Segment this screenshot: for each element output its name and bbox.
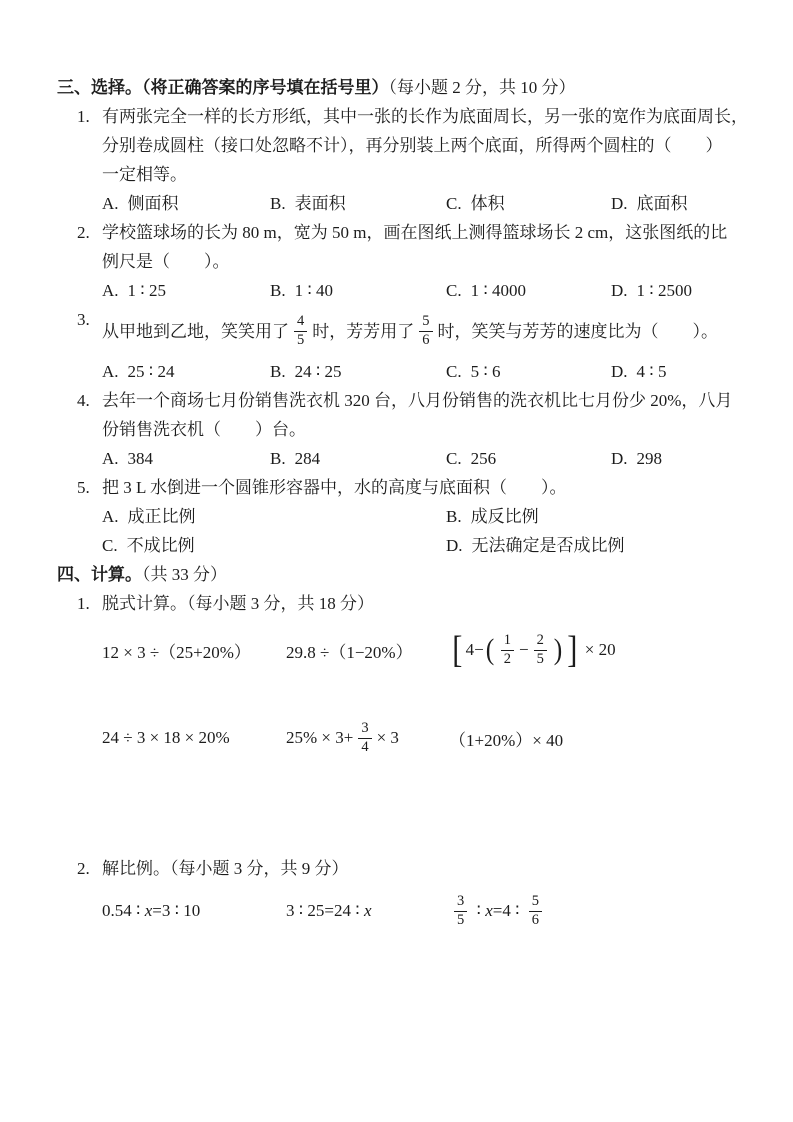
section3-score-note: （每小题 2 分，共 10 分） (389, 78, 576, 97)
choice-problem: 2.学校篮球场的长为 80 m，宽为 50 m，画在图纸上测得篮球场长 2 cm… (57, 218, 753, 305)
text-segment: 去年一个商场七月份销售洗衣机 320 台，八月份销售的洗衣机比七月份少 20%，… (102, 391, 732, 410)
problem-number: 1. (77, 102, 102, 131)
problem-text-line: 份销售洗衣机（ ）台。 (102, 415, 753, 444)
fraction-numerator: 3 (358, 720, 371, 738)
choice-problem: 1.有两张完全一样的长方形纸，其中一张的长作为底面周长，另一张的宽作为底面周长，… (57, 102, 753, 218)
fraction-denominator: 4 (358, 739, 371, 756)
problem-body: 把 3 L 水倒进一个圆锥形容器中，水的高度与底面积（ ）。A.成正比例B.成反… (102, 473, 753, 560)
option-item: B.24 ∶ 25 (270, 357, 446, 386)
math-expression: 29.8 ÷（1−20%） (286, 638, 449, 663)
choice-problem-list: 1.有两张完全一样的长方形纸，其中一张的长作为底面周长，另一张的宽作为底面周长，… (57, 102, 753, 560)
fraction-denominator: 5 (294, 332, 307, 349)
math-expression: [4−(12−25)] × 20 (449, 631, 616, 669)
fraction-denominator: 2 (501, 651, 514, 668)
choice-problem: 4.去年一个商场七月份销售洗衣机 320 台，八月份销售的洗衣机比七月份少 20… (57, 386, 753, 473)
choice-problem: 5.把 3 L 水倒进一个圆锥形容器中，水的高度与底面积（ ）。A.成正比例B.… (57, 473, 753, 560)
problem-text-line: 从甲地到乙地，笑笑用了45时，芳芳用了56时，笑笑与芳芳的速度比为（ ）。 (102, 305, 753, 357)
problem-number: 5. (77, 473, 102, 502)
option-text: 成反比例 (471, 507, 539, 526)
section4-heading: 四、计算。（共 33 分） (57, 560, 753, 589)
option-label: D. (446, 536, 463, 555)
problem-body: 学校篮球场的长为 80 m，宽为 50 m，画在图纸上测得篮球场长 2 cm，这… (102, 218, 753, 305)
text-segment: 把 3 L 水倒进一个圆锥形容器中，水的高度与底面积（ ）。 (102, 478, 567, 497)
options-row: A.侧面积B.表面积C.体积D.底面积 (102, 189, 753, 218)
text-segment: × 20 (581, 640, 616, 660)
option-label: D. (611, 449, 628, 468)
calc-expression-row: 12 × 3 ÷（25+20%）29.8 ÷（1−20%）[4−(12−25)]… (102, 618, 753, 682)
text-segment: 一定相等。 (102, 165, 187, 184)
option-text: 256 (471, 449, 497, 468)
text-segment: 从甲地到乙地，笑笑用了 (102, 317, 289, 346)
option-item: D.底面积 (611, 189, 688, 218)
option-label: B. (270, 362, 286, 381)
option-item: A.1 ∶ 25 (102, 276, 270, 305)
fraction: 35 (454, 893, 467, 929)
option-label: C. (446, 281, 462, 300)
option-item: C.5 ∶ 6 (446, 357, 611, 386)
calc-sub1-number: 1. (77, 589, 102, 618)
option-label: A. (102, 507, 119, 526)
text-segment: 29.8 ÷（1−20%） (286, 638, 413, 663)
problem-body: 去年一个商场七月份销售洗衣机 320 台，八月份销售的洗衣机比七月份少 20%，… (102, 386, 753, 473)
problem-text-line: 把 3 L 水倒进一个圆锥形容器中，水的高度与底面积（ ）。 (102, 473, 753, 502)
option-text: 1 ∶ 4000 (471, 281, 526, 300)
option-label: C. (102, 536, 118, 555)
text-segment: 份销售洗衣机（ ）台。 (102, 420, 306, 439)
text-segment: × 3 (377, 728, 399, 748)
fraction: 56 (419, 313, 432, 349)
fraction-numerator: 3 (454, 893, 467, 911)
round-paren: ) (554, 635, 563, 665)
text-segment: 24 ÷ 3 × 18 × 20% (102, 728, 230, 748)
option-text: 298 (637, 449, 663, 468)
fraction: 25 (534, 632, 547, 668)
option-item: A.384 (102, 444, 270, 473)
option-item: A.侧面积 (102, 189, 270, 218)
fraction-numerator: 5 (419, 313, 432, 331)
option-item: C.体积 (446, 189, 611, 218)
option-item: A.25 ∶ 24 (102, 357, 270, 386)
problem-text-line: 分别卷成圆柱（接口处忽略不计），再分别装上两个底面，所得两个圆柱的（ ） (102, 131, 753, 160)
option-item: B.1 ∶ 40 (270, 276, 446, 305)
options-row: A.1 ∶ 25B.1 ∶ 40C.1 ∶ 4000D.1 ∶ 2500 (102, 276, 753, 305)
option-text: 384 (128, 449, 154, 468)
option-item: D.298 (611, 444, 662, 473)
option-text: 1 ∶ 25 (128, 281, 166, 300)
option-label: D. (611, 281, 628, 300)
calc-sub1-title: 脱式计算。（每小题 3 分，共 18 分） (102, 589, 374, 618)
option-label: D. (611, 362, 628, 381)
calc-sub2-number: 2. (77, 854, 102, 883)
square-bracket: [ (452, 631, 462, 669)
math-variable: x (145, 901, 153, 921)
option-label: B. (446, 507, 462, 526)
option-item: C.256 (446, 444, 611, 473)
fraction-denominator: 6 (529, 912, 542, 929)
option-text: 4 ∶ 5 (637, 362, 667, 381)
text-segment: =4 ∶ (493, 901, 524, 921)
fraction-numerator: 2 (534, 632, 547, 650)
option-label: D. (611, 194, 628, 213)
page-content: 三、选择。（将正确答案的序号填在括号里）（每小题 2 分，共 10 分） 1.有… (0, 0, 793, 939)
options-row: C.不成比例D.无法确定是否成比例 (102, 531, 753, 560)
options-row: A.成正比例B.成反比例 (102, 502, 753, 531)
calc-expression-rows: 12 × 3 ÷（25+20%）29.8 ÷（1−20%）[4−(12−25)]… (57, 618, 753, 766)
math-expression: 35 ∶ x=4 ∶ 56 (449, 893, 547, 929)
text-segment: 时，芳芳用了 (312, 317, 414, 346)
fraction: 34 (358, 720, 371, 756)
option-label: A. (102, 449, 119, 468)
fraction-denominator: 5 (534, 651, 547, 668)
option-text: 成正比例 (128, 507, 196, 526)
fraction: 12 (501, 632, 514, 668)
problem-text-line: 去年一个商场七月份销售洗衣机 320 台，八月份销售的洗衣机比七月份少 20%，… (102, 386, 753, 415)
option-text: 底面积 (637, 194, 688, 213)
option-label: A. (102, 362, 119, 381)
text-segment: − (519, 640, 529, 660)
math-variable: x (364, 901, 372, 921)
text-segment: ∶ (472, 901, 485, 921)
problem-text-line: 一定相等。 (102, 160, 753, 189)
choice-problem: 3.从甲地到乙地，笑笑用了45时，芳芳用了56时，笑笑与芳芳的速度比为（ ）。A… (57, 305, 753, 386)
fraction-numerator: 1 (501, 632, 514, 650)
option-item: D.1 ∶ 2500 (611, 276, 692, 305)
problem-number: 4. (77, 386, 102, 415)
option-text: 无法确定是否成比例 (472, 536, 625, 555)
math-expression: 12 × 3 ÷（25+20%） (102, 638, 286, 663)
round-paren: ( (486, 635, 495, 665)
options-row: A.25 ∶ 24B.24 ∶ 25C.5 ∶ 6D.4 ∶ 5 (102, 357, 753, 386)
option-text: 5 ∶ 6 (471, 362, 501, 381)
fraction: 45 (294, 313, 307, 349)
math-expression: （1+20%）× 40 (449, 726, 563, 751)
problem-text-line: 学校篮球场的长为 80 m，宽为 50 m，画在图纸上测得篮球场长 2 cm，这… (102, 218, 753, 247)
option-label: A. (102, 194, 119, 213)
option-item: D.无法确定是否成比例 (446, 531, 625, 560)
problem-body: 从甲地到乙地，笑笑用了45时，芳芳用了56时，笑笑与芳芳的速度比为（ ）。A.2… (102, 305, 753, 386)
calc-sub2-title: 解比例。（每小题 3 分，共 9 分） (102, 854, 349, 883)
text-segment: 时，笑笑与芳芳的速度比为（ ）。 (438, 317, 719, 346)
calc-sub2-heading: 2. 解比例。（每小题 3 分，共 9 分） (57, 854, 753, 883)
section4-title: 四、计算。 (57, 565, 142, 584)
text-segment: 3 ∶ 25=24 ∶ (286, 901, 364, 921)
option-text: 体积 (471, 194, 505, 213)
math-expression: 3 ∶ 25=24 ∶ x (286, 901, 449, 921)
option-text: 1 ∶ 40 (295, 281, 333, 300)
option-text: 25 ∶ 24 (128, 362, 175, 381)
option-item: C.1 ∶ 4000 (446, 276, 611, 305)
option-item: D.4 ∶ 5 (611, 357, 666, 386)
problem-number: 3. (77, 305, 102, 334)
fraction: 56 (529, 893, 542, 929)
option-label: B. (270, 281, 286, 300)
proportion-expression-row: 0.54 ∶ x=3 ∶ 103 ∶ 25=24 ∶ x35 ∶ x=4 ∶ 5… (102, 883, 753, 939)
section3-heading: 三、选择。（将正确答案的序号填在括号里）（每小题 2 分，共 10 分） (57, 73, 753, 102)
fraction-denominator: 5 (454, 912, 467, 929)
math-expression: 24 ÷ 3 × 18 × 20% (102, 728, 286, 748)
option-text: 不成比例 (127, 536, 195, 555)
section3-title: 三、选择。（将正确答案的序号填在括号里） (57, 78, 389, 97)
text-segment: 学校篮球场的长为 80 m，宽为 50 m，画在图纸上测得篮球场长 2 cm，这… (102, 223, 727, 242)
problem-text-line: 例尺是（ ）。 (102, 247, 753, 276)
exam-page: 三、选择。（将正确答案的序号填在括号里）（每小题 2 分，共 10 分） 1.有… (0, 0, 793, 1122)
problem-text-line: 有两张完全一样的长方形纸，其中一张的长作为底面周长，另一张的宽作为底面周长， (102, 102, 753, 131)
option-label: A. (102, 281, 119, 300)
option-item: C.不成比例 (102, 531, 446, 560)
text-segment: 25% × 3+ (286, 728, 353, 748)
fraction-numerator: 4 (294, 313, 307, 331)
option-label: C. (446, 194, 462, 213)
fraction-numerator: 5 (529, 893, 542, 911)
text-segment: 0.54 ∶ (102, 901, 145, 921)
calc-expression-row: 24 ÷ 3 × 18 × 20%25% × 3+34× 3（1+20%）× 4… (102, 710, 753, 766)
option-item: B.成反比例 (446, 502, 539, 531)
text-segment: 有两张完全一样的长方形纸，其中一张的长作为底面周长，另一张的宽作为底面周长， (102, 107, 748, 126)
text-segment: 例尺是（ ）。 (102, 252, 230, 271)
text-segment: 12 × 3 ÷（25+20%） (102, 638, 251, 663)
option-label: B. (270, 194, 286, 213)
option-label: B. (270, 449, 286, 468)
option-text: 表面积 (295, 194, 346, 213)
option-text: 1 ∶ 2500 (637, 281, 692, 300)
math-expression: 25% × 3+34× 3 (286, 720, 449, 756)
option-item: A.成正比例 (102, 502, 446, 531)
text-segment: （1+20%）× 40 (449, 726, 563, 751)
section4-score-note: （共 33 分） (142, 565, 227, 584)
proportion-expression-rows: 0.54 ∶ x=3 ∶ 103 ∶ 25=24 ∶ x35 ∶ x=4 ∶ 5… (57, 883, 753, 939)
math-expression: 0.54 ∶ x=3 ∶ 10 (102, 901, 286, 921)
option-item: B.284 (270, 444, 446, 473)
problem-body: 有两张完全一样的长方形纸，其中一张的长作为底面周长，另一张的宽作为底面周长，分别… (102, 102, 753, 218)
option-text: 284 (295, 449, 321, 468)
option-label: C. (446, 449, 462, 468)
calc-sub1-heading: 1. 脱式计算。（每小题 3 分，共 18 分） (57, 589, 753, 618)
option-item: B.表面积 (270, 189, 446, 218)
math-variable: x (485, 901, 493, 921)
problem-number: 2. (77, 218, 102, 247)
option-text: 24 ∶ 25 (295, 362, 342, 381)
option-text: 侧面积 (128, 194, 179, 213)
options-row: A.384B.284C.256D.298 (102, 444, 753, 473)
text-segment: =3 ∶ 10 (152, 901, 200, 921)
text-segment: 分别卷成圆柱（接口处忽略不计），再分别装上两个底面，所得两个圆柱的（ ） (102, 136, 723, 155)
square-bracket: ] (567, 631, 577, 669)
option-label: C. (446, 362, 462, 381)
text-segment: 4− (466, 640, 484, 660)
fraction-denominator: 6 (419, 332, 432, 349)
